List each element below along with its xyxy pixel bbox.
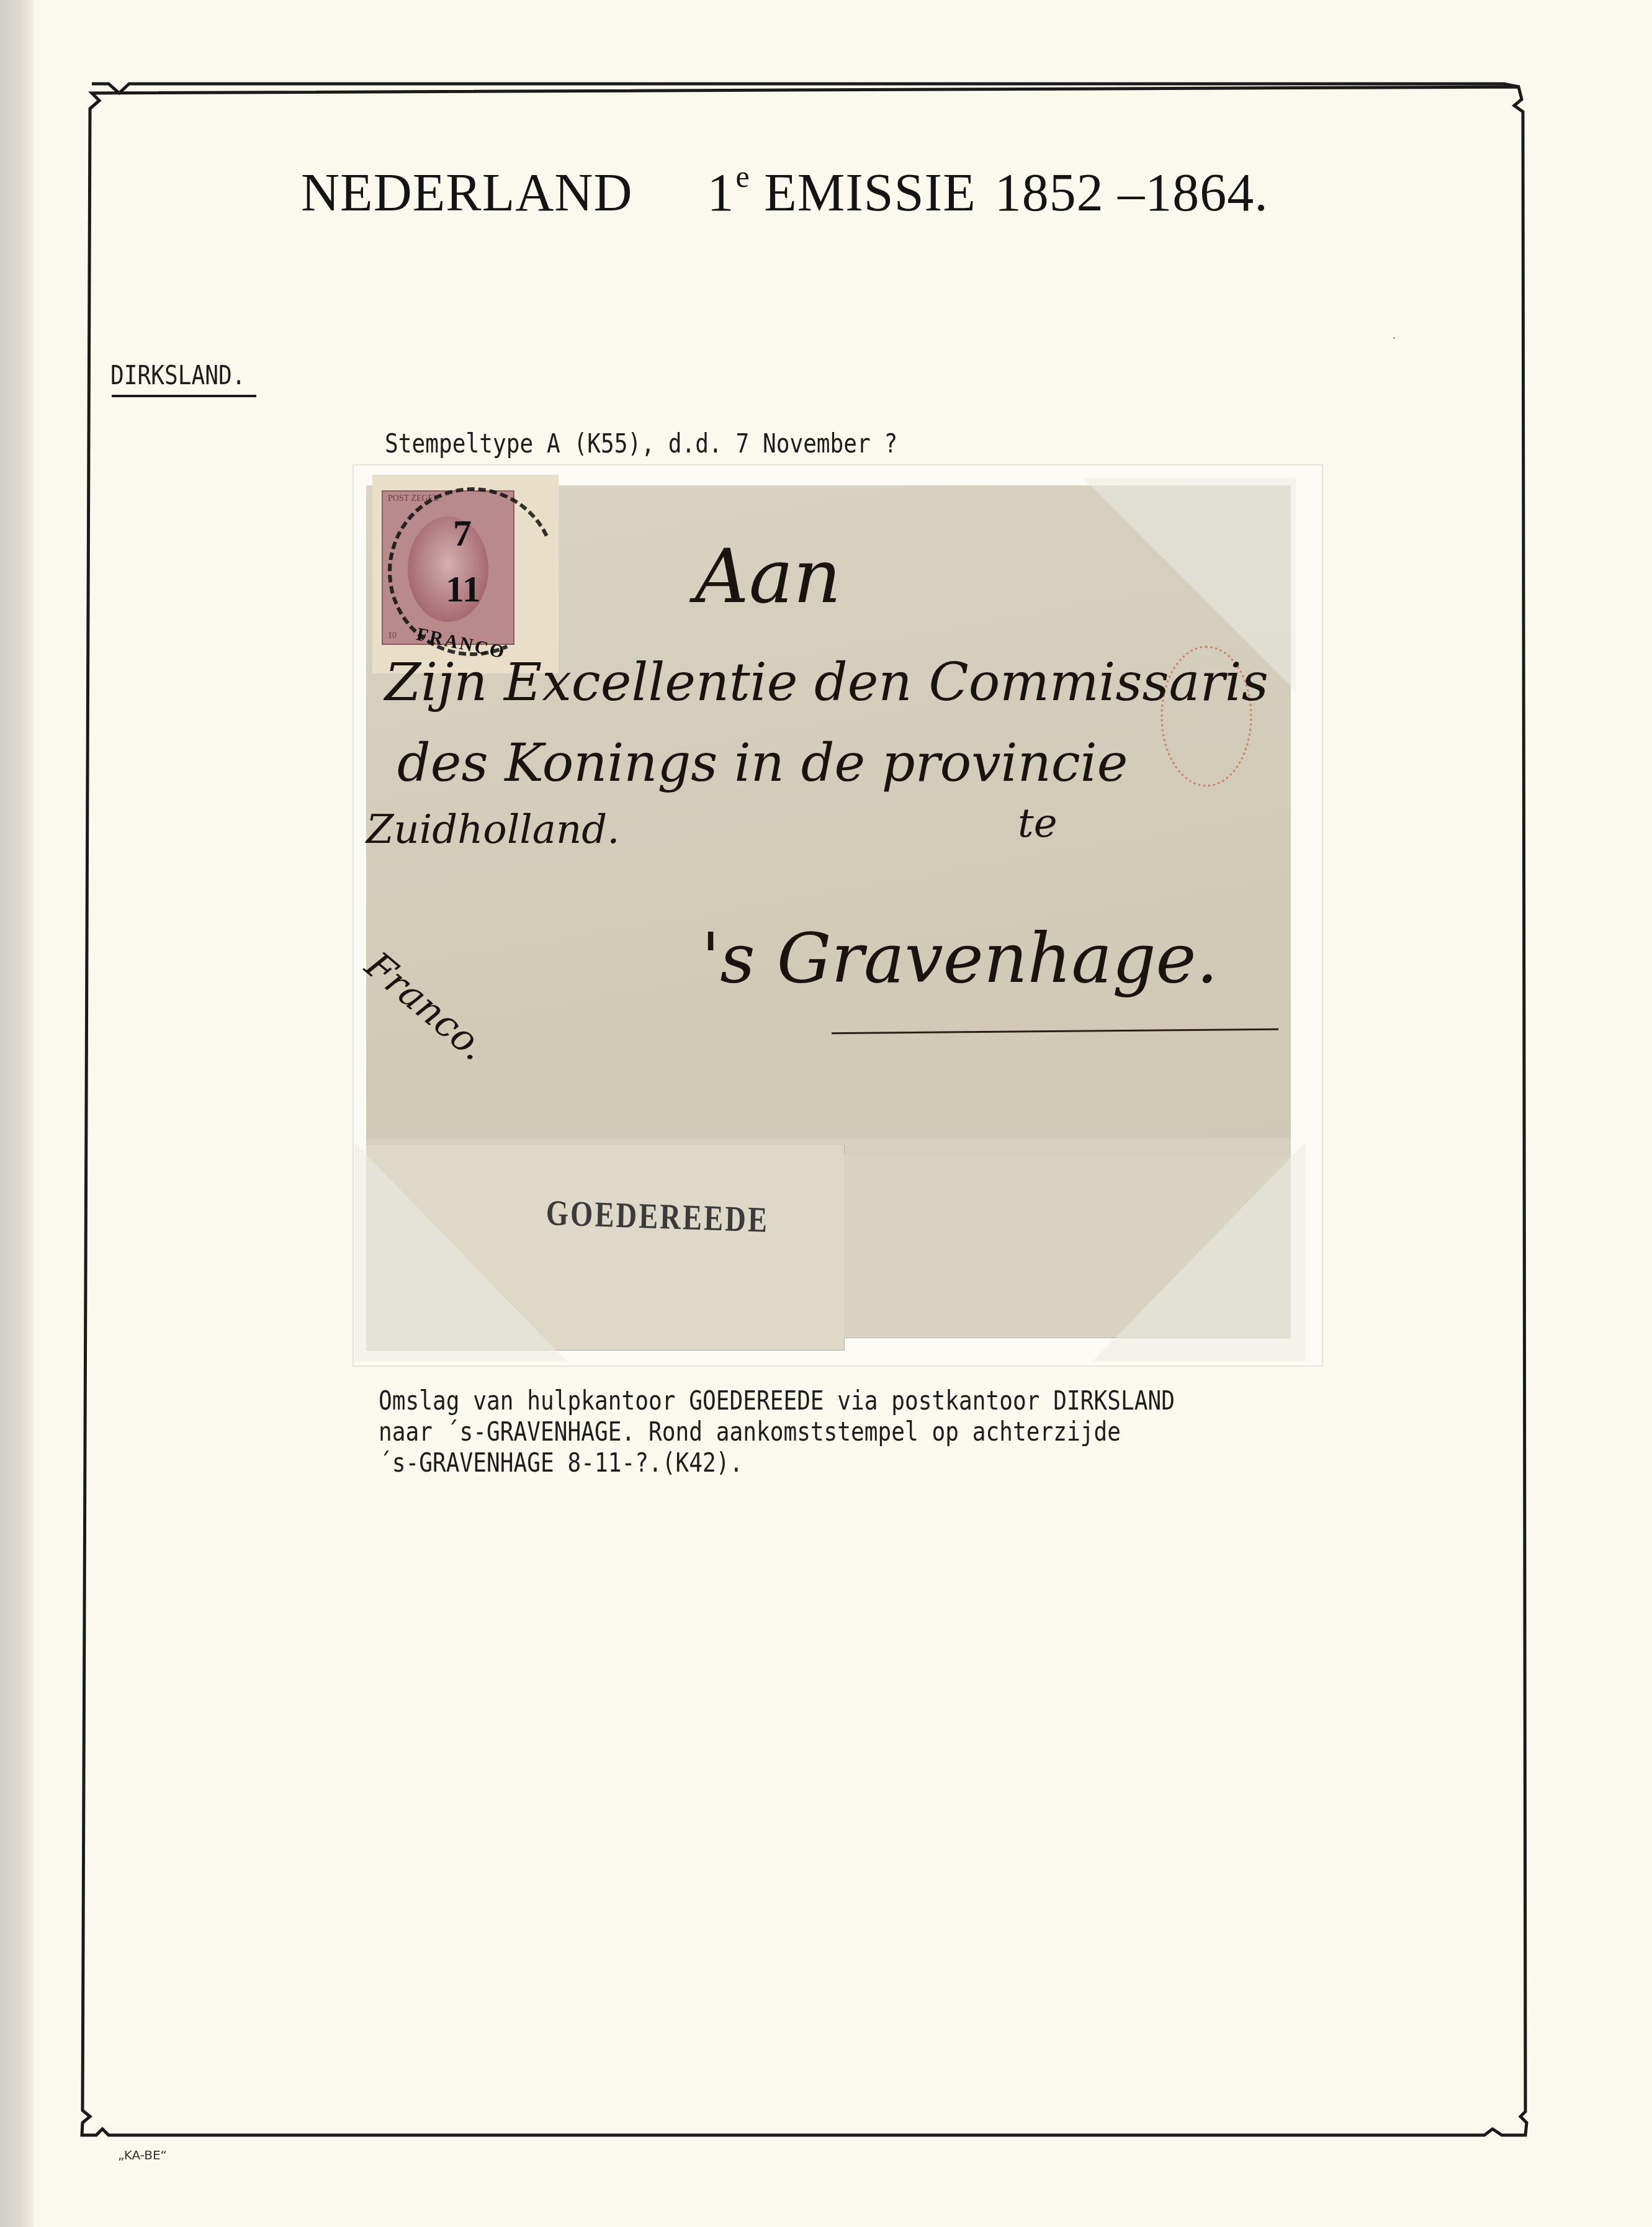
address-line-1: Aan — [695, 534, 842, 620]
title-issue-number: 1 — [707, 163, 735, 222]
stamp-type-note: Stempeltype A (K55), d.d. 7 November ? — [385, 428, 897, 459]
title-issue-label: EMISSIE — [764, 163, 976, 222]
postmark-month: 11 — [446, 568, 481, 611]
paper-speck — [1393, 337, 1395, 339]
address-line-2: Zijn Excellentie den Commissaris — [385, 652, 1268, 713]
title-years: 1852 –1864. — [995, 163, 1268, 222]
section-heading-underline — [112, 395, 256, 397]
title-issue-suffix: e — [736, 159, 750, 194]
page-title: NEDERLAND1e EMISSIE1852 –1864. — [301, 158, 1268, 223]
caption-line-2: naar ´s-GRAVENHAGE. Rond aankomststempel… — [379, 1416, 1121, 1447]
postmark-day: 7 — [453, 512, 472, 555]
title-country: NEDERLAND — [301, 163, 633, 222]
exhibit-caption: Omslag van hulpkantoor GOEDEREEDE via po… — [379, 1385, 1175, 1478]
address-line-3: des Konings in de provincie — [397, 732, 1128, 793]
publisher-mark: „KA-BE“ — [118, 2148, 167, 2162]
section-heading: DIRKSLAND. — [110, 360, 245, 390]
postage-stamp: POST ZEGEL 10 7 11 FRANCO — [372, 475, 559, 673]
address-line-4: Zuidholland. — [366, 807, 620, 853]
goedereede-handstamp: GOEDEREEDE — [545, 1192, 770, 1241]
stamp-value: 10 — [388, 631, 397, 641]
address-city: 's Gravenhage. — [701, 919, 1218, 998]
caption-line-3: ´s-GRAVENHAGE 8-11-?.(K42). — [379, 1447, 743, 1478]
address-line-5: te — [1018, 801, 1057, 847]
caption-line-1: Omslag van hulpkantoor GOEDEREEDE via po… — [379, 1385, 1175, 1416]
